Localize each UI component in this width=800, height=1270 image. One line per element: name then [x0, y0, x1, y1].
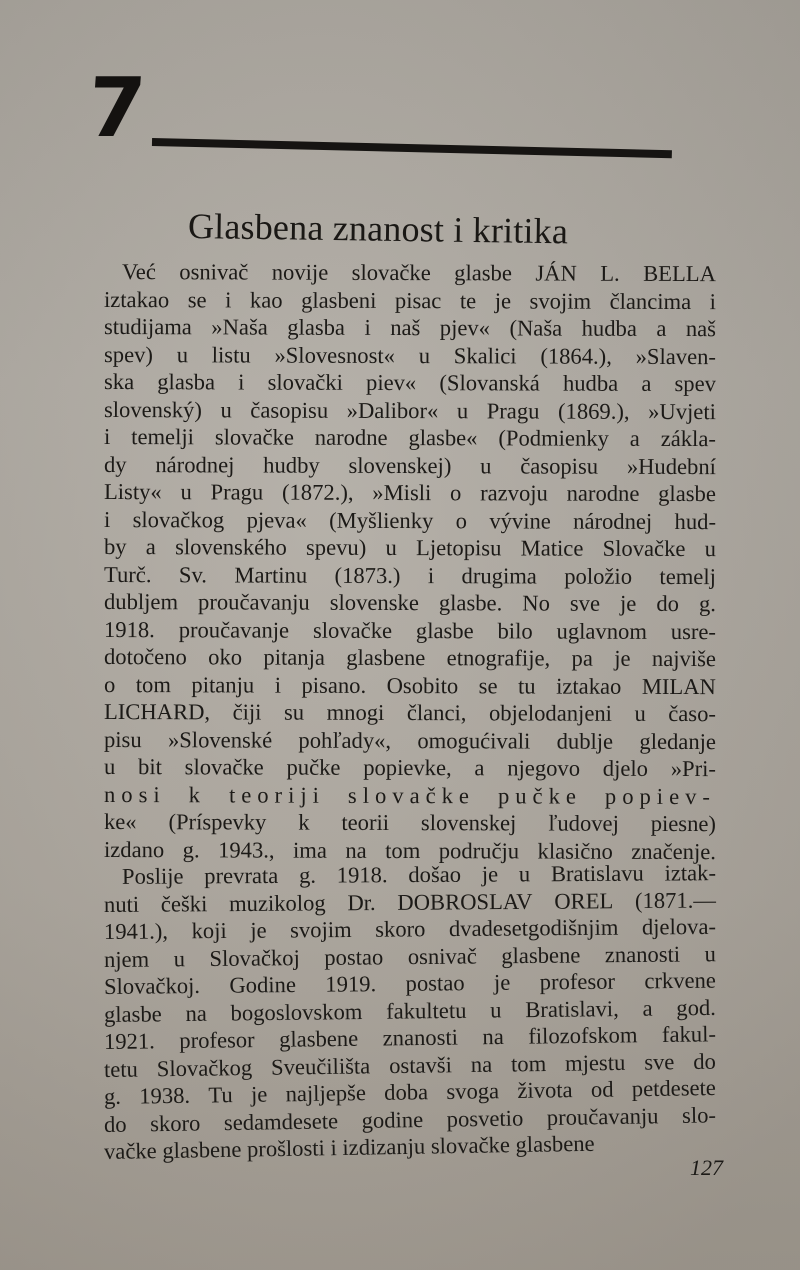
text-line: iztakaoseikaoglasbenipisactejesvojimčlan…	[104, 286, 716, 316]
text-line: islovačkogpjeva«(Myšlienkyovývinenárodne…	[104, 506, 716, 536]
chapter-number: 7	[85, 68, 148, 150]
text-line: LICHARD,čijisumnogičlanci,objelodanjeniu…	[104, 698, 716, 728]
text-line: nosikteorijislovačkepučkepopiev-	[104, 781, 716, 811]
text-line: skaglasbaislovačkipiev«(Slovanskáhudbaas…	[104, 368, 716, 398]
text-line: spev)ulistu»Slovesnost«uSkalici(1864.),»…	[104, 341, 716, 371]
text-line: Poslijeprevratag.1918.došaojeuBratislavu…	[104, 859, 716, 890]
text-line: ke«(Príspevkykteoriislovenskejľudovejpie…	[104, 808, 716, 838]
text-line: pisu»Slovensképohľady«,omogućivalidublje…	[104, 726, 716, 756]
text-line: VećosnivačnovijeslovačkeglasbeJÁNL.BELLA	[104, 258, 716, 288]
text-line: 1918.proučavanjeslovačkeglasbebilouglavn…	[104, 616, 716, 646]
text-line: byaslovenskéhospevu)uLjetopisuMaticeSlov…	[104, 533, 716, 563]
text-line: itemeljislovačkenarodneglasbe«(Podmienky…	[104, 423, 716, 453]
page-number: 127	[690, 1155, 723, 1181]
body-text: VećosnivačnovijeslovačkeglasbeJÁNL.BELLA…	[104, 258, 716, 1166]
text-line: slovenský)učasopisu»Dalibor«uPragu(1869.…	[104, 396, 716, 426]
text-line: dubljemproučavanjuslovenskeglasbe.Nosvej…	[104, 588, 716, 618]
text-line: Listy«uPragu(1872.),»Misliorazvojunarodn…	[104, 478, 716, 508]
text-line: dynárodnejhudbyslovenskej)učasopisu»Hude…	[104, 451, 716, 481]
chapter-rule-divider	[152, 138, 672, 158]
text-line: studijama»Našaglasbainašpjev«(Našahudbaa…	[104, 313, 716, 343]
chapter-title: Glasbena znanost i kritika	[188, 205, 569, 252]
text-line: otompitanjuipisano.OsobitosetuiztakaoMIL…	[104, 671, 716, 701]
text-line: Turč.Sv.Martinu(1873.)idrugimapoložiotem…	[104, 561, 716, 591]
text-line: dotočenookopitanjaglasbeneetnografije,pa…	[104, 643, 716, 673]
text-line: ubitslovačkepučkepopievke,anjegovodjelo»…	[104, 753, 716, 783]
